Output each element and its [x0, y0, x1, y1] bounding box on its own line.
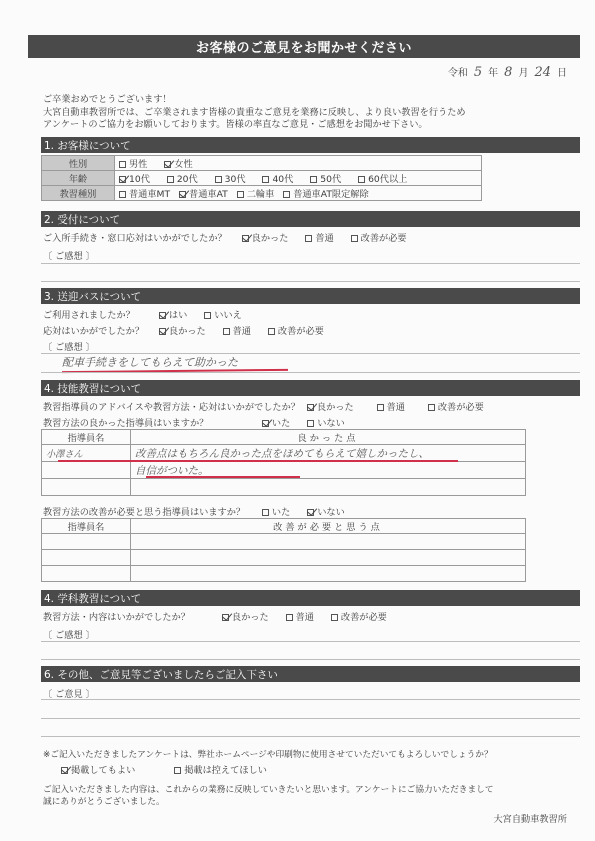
improvement-point-cell[interactable] — [131, 566, 526, 582]
gender-row: 性別 男性 女性 — [42, 156, 482, 171]
customer-table: 性別 男性 女性 年齢 10代 20代 30代 40代 50代 60代以上 教習… — [41, 155, 482, 201]
consent-options: 掲載してもよい 掲載は控えてほしい — [61, 762, 281, 776]
date-field: 令和 5 年 8 月 24 日 — [448, 64, 567, 80]
checkbox-icon[interactable] — [174, 767, 181, 774]
checkbox-icon[interactable] — [262, 509, 269, 516]
instructor-name-cell[interactable]: 小澤さん — [42, 445, 131, 462]
other-comment-line-2[interactable] — [41, 718, 580, 719]
option-60s-plus[interactable]: 60代以上 — [358, 171, 407, 185]
intro-text: ご卒業おめでとうございます！ 大宮自動車教習所では、ご卒業されます皆様の貴重なご… — [43, 94, 466, 132]
course-label: 教習種別 — [42, 186, 115, 201]
classroom-option-good[interactable]: 良かった — [222, 609, 269, 623]
consent-option-decline[interactable]: 掲載は控えてほしい — [174, 762, 267, 776]
table-header-row: 指導員名 良かった点 — [42, 430, 526, 445]
table-row — [42, 566, 526, 582]
day-value[interactable]: 24 — [534, 65, 551, 80]
checkbox-checked-icon[interactable] — [159, 312, 166, 319]
consent-question: ※ご記入いただきましたアンケートは、弊社ホームページや印刷物に使用させていただい… — [43, 748, 493, 760]
other-comment-label: 〔 ご意見 〕 — [43, 686, 95, 700]
instructor-name-cell[interactable] — [42, 550, 131, 566]
instructor-name-cell[interactable] — [42, 534, 131, 550]
instructor-name-cell[interactable] — [42, 479, 131, 496]
checkbox-checked-icon[interactable] — [307, 404, 314, 411]
checkbox-icon[interactable] — [237, 191, 244, 198]
option-at[interactable]: 普通車AT — [179, 186, 228, 200]
checkbox-icon[interactable] — [307, 420, 314, 427]
checkbox-checked-icon[interactable] — [262, 420, 269, 427]
option-10s[interactable]: 10代 — [119, 171, 150, 185]
advice-option-good[interactable]: 良かった — [307, 399, 354, 413]
reception-comment-label: 〔 ご感想 〕 — [43, 248, 95, 262]
checkbox-icon[interactable] — [223, 328, 230, 335]
good-point-cell[interactable]: 改善点はもちろん良かった点をほめてもらえて嬉しかったし、 — [131, 445, 526, 462]
improvement-point-cell[interactable] — [131, 534, 526, 550]
section-header-customer: 1. お客様について — [41, 137, 580, 153]
option-20s[interactable]: 20代 — [167, 171, 198, 185]
age-row: 年齢 10代 20代 30代 40代 50代 60代以上 — [42, 171, 482, 186]
instructor-advice-row: 教習指導員のアドバイスや教習方法・応対はいかがでしたか？ 良かった 普通 改善が… — [43, 399, 498, 413]
reception-option-needs-improvement[interactable]: 改善が必要 — [351, 230, 407, 244]
intro-line: ご卒業おめでとうございます！ — [43, 94, 466, 107]
column-header: 良かった点 — [131, 430, 526, 445]
advice-option-needs-improvement[interactable]: 改善が必要 — [428, 399, 484, 413]
checkbox-checked-icon[interactable] — [61, 767, 68, 774]
bus-usage-question: ご利用されましたか？ — [43, 307, 156, 321]
reception-comment-line-1[interactable] — [41, 263, 580, 264]
checkbox-icon[interactable] — [331, 614, 338, 621]
age-options: 10代 20代 30代 40代 50代 60代以上 — [115, 171, 482, 186]
instructor-name-cell[interactable] — [42, 566, 131, 582]
checkbox-icon[interactable] — [215, 176, 222, 183]
bad-instructor-question: 教習方法の改善が必要と思う指導員はいますか？ — [43, 504, 259, 518]
reception-option-normal[interactable]: 普通 — [305, 230, 333, 244]
day-unit: 日 — [557, 64, 567, 79]
checkbox-icon[interactable] — [428, 404, 435, 411]
column-header: 指導員名 — [42, 430, 131, 445]
checkbox-icon[interactable] — [119, 191, 126, 198]
bus-comment-handwritten[interactable]: 配車手続きをしてもらえて助かった — [62, 354, 238, 370]
year-unit: 年 — [488, 64, 498, 79]
bad-instructor-table: 指導員名 改善が必要と思う点 — [41, 518, 526, 582]
bus-comment-line-bottom — [41, 372, 580, 373]
table-row — [42, 479, 526, 496]
option-mt[interactable]: 普通車MT — [119, 186, 170, 200]
option-at-limit-removal[interactable]: 普通車AT限定解除 — [283, 186, 369, 200]
reception-comment-line-2[interactable] — [41, 281, 580, 282]
classroom-question-row: 教習方法・内容はいかがでしたか？ 良かった 普通 改善が必要 — [43, 609, 401, 623]
column-header: 指導員名 — [42, 519, 131, 534]
table-row — [42, 534, 526, 550]
other-comment-line-3[interactable] — [41, 736, 580, 737]
classroom-comment-line-1[interactable] — [41, 641, 580, 642]
checkbox-icon[interactable] — [377, 404, 384, 411]
bus-comment-label: 〔 ご感想 〕 — [43, 339, 95, 353]
column-header: 改善が必要と思う点 — [131, 519, 526, 534]
classroom-comment-label: 〔 ご感想 〕 — [43, 627, 95, 641]
table-header-row: 指導員名 改善が必要と思う点 — [42, 519, 526, 534]
year-value[interactable]: 5 — [474, 65, 482, 80]
age-label: 年齢 — [42, 171, 115, 186]
table-row: 小澤さん改善点はもちろん良かった点をほめてもらえて嬉しかったし、 — [42, 445, 526, 462]
classroom-question: 教習方法・内容はいかがでしたか？ — [43, 609, 219, 623]
bad-instructor-yes[interactable]: いた — [262, 504, 290, 518]
course-row: 教習種別 普通車MT 普通車AT 二輪車 普通車AT限定解除 — [42, 186, 482, 201]
option-40s[interactable]: 40代 — [262, 171, 293, 185]
section-header-classroom: 4. 学科教習について — [41, 590, 580, 606]
option-female[interactable]: 女性 — [164, 156, 192, 170]
checkbox-icon[interactable] — [268, 328, 275, 335]
good-instructor-yes[interactable]: いた — [262, 415, 290, 429]
checkbox-icon[interactable] — [310, 176, 317, 183]
checkbox-checked-icon[interactable] — [222, 614, 229, 621]
checkbox-checked-icon[interactable] — [159, 328, 166, 335]
era-label: 令和 — [448, 64, 468, 79]
red-underline — [58, 460, 458, 462]
course-options: 普通車MT 普通車AT 二輪車 普通車AT限定解除 — [115, 186, 482, 201]
checkbox-checked-icon[interactable] — [164, 161, 171, 168]
other-comment-line-1[interactable] — [41, 699, 580, 700]
option-30s[interactable]: 30代 — [215, 171, 246, 185]
month-value[interactable]: 8 — [504, 65, 512, 80]
checkbox-icon[interactable] — [351, 235, 358, 242]
checkbox-icon[interactable] — [119, 161, 126, 168]
checkbox-icon[interactable] — [283, 191, 290, 198]
advice-option-normal[interactable]: 普通 — [377, 399, 405, 413]
school-signature: 大宮自動車教習所 — [494, 811, 568, 825]
instructor-advice-question: 教習指導員のアドバイスや教習方法・応対はいかがでしたか？ — [43, 402, 300, 413]
checkbox-icon[interactable] — [204, 312, 211, 319]
bus-service-normal[interactable]: 普通 — [223, 323, 251, 337]
month-unit: 月 — [518, 64, 528, 79]
section-header-other: 6. その他、ご意見等ございましたらご記入下さい — [41, 666, 580, 682]
consent-option-allow[interactable]: 掲載してもよい — [61, 762, 135, 776]
good-instructor-table: 指導員名 良かった点 小澤さん改善点はもちろん良かった点をほめてもらえて嬉しかっ… — [41, 429, 526, 496]
gender-label: 性別 — [42, 156, 115, 171]
option-male[interactable]: 男性 — [119, 156, 147, 170]
section-header-shuttle-bus: 3. 送迎バスについて — [41, 288, 580, 304]
bad-instructor-row: 教習方法の改善が必要と思う指導員はいますか？ いた いない — [43, 504, 359, 518]
good-point-cell[interactable] — [131, 479, 526, 496]
bad-instructor-no[interactable]: いない — [307, 504, 345, 518]
checkbox-icon[interactable] — [305, 235, 312, 242]
reception-question-row: ご入所手続き・窓口応対はいかがでしたか？ 良かった 普通 改善が必要 — [43, 230, 421, 244]
intro-line: 大宮自動車教習所では、ご卒業されます皆様の貴重なご意見を業務に反映し、より良い教… — [43, 107, 466, 120]
instructor-name-cell[interactable] — [42, 462, 131, 479]
classroom-option-needs-improvement[interactable]: 改善が必要 — [331, 609, 387, 623]
bus-usage-no[interactable]: いいえ — [204, 307, 242, 321]
checkbox-icon[interactable] — [286, 614, 293, 621]
bus-service-needs-improvement[interactable]: 改善が必要 — [268, 323, 324, 337]
classroom-option-normal[interactable]: 普通 — [286, 609, 314, 623]
bus-service-row: 応対はいかがでしたか？ 良かった 普通 改善が必要 — [43, 323, 338, 337]
checkbox-icon[interactable] — [167, 176, 174, 183]
red-underline — [146, 476, 300, 478]
section-header-practical-training: 4. 技能教習について — [41, 380, 580, 396]
good-instructor-row: 教習方法の良かった指導員はいますか？ いた いない — [43, 415, 359, 429]
checkbox-checked-icon[interactable] — [307, 509, 314, 516]
intro-line: アンケートのご協力をお願いしております。皆様の率直なご意見・ご感想をお聞かせ下さ… — [43, 119, 466, 132]
good-instructor-question: 教習方法の良かった指導員はいますか？ — [43, 415, 259, 429]
reception-question: ご入所手続き・窓口応対はいかがでしたか？ — [43, 233, 227, 244]
option-motorcycle[interactable]: 二輪車 — [237, 186, 275, 200]
checkbox-icon[interactable] — [262, 176, 269, 183]
bus-service-question: 応対はいかがでしたか？ — [43, 323, 156, 337]
checkbox-checked-icon[interactable] — [179, 191, 186, 198]
closing-line: ご記入いただきました内容は、これからの業務に反映していきたいと思います。アンケー… — [43, 784, 494, 796]
section-header-reception: 2. 受付について — [41, 211, 580, 227]
reception-option-good[interactable]: 良かった — [242, 230, 289, 244]
bus-service-good[interactable]: 良かった — [159, 323, 206, 337]
classroom-comment-line-2[interactable] — [41, 659, 580, 660]
bus-usage-row: ご利用されましたか？ はい いいえ — [43, 307, 256, 321]
closing-line: 誠にありがとうございました。 — [43, 796, 494, 808]
table-row — [42, 550, 526, 566]
closing-text: ご記入いただきました内容は、これからの業務に反映していきたいと思います。アンケー… — [43, 784, 494, 808]
improvement-point-cell[interactable] — [131, 550, 526, 566]
good-instructor-no[interactable]: いない — [307, 415, 345, 429]
checkbox-checked-icon[interactable] — [242, 235, 249, 242]
checkbox-icon[interactable] — [358, 176, 365, 183]
bus-usage-yes[interactable]: はい — [159, 307, 187, 321]
gender-options: 男性 女性 — [115, 156, 482, 171]
checkbox-checked-icon[interactable] — [119, 176, 126, 183]
option-50s[interactable]: 50代 — [310, 171, 341, 185]
form-title: お客様のご意見をお聞かせください — [28, 35, 580, 58]
